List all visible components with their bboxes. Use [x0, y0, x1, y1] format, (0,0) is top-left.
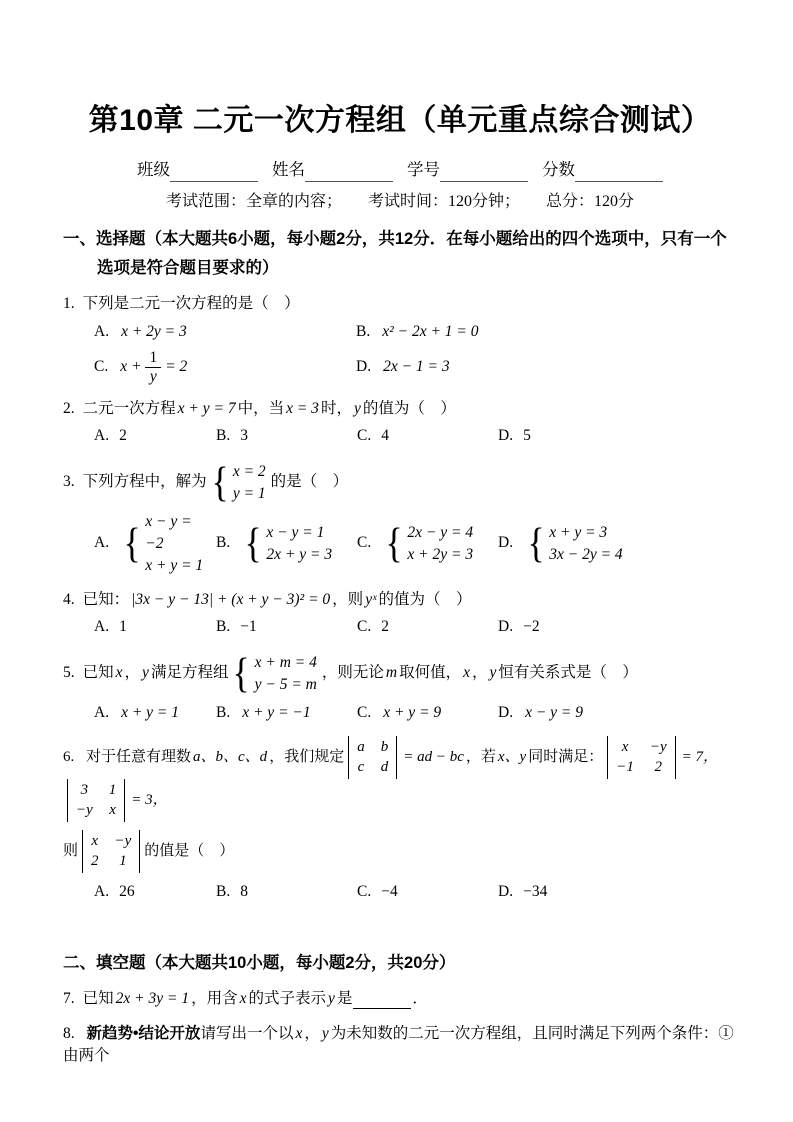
score-label: 分数	[542, 158, 575, 182]
q2-option-d: D. 5	[498, 425, 737, 447]
question-2-stem: 2. 二元一次方程x + y = 7中，当x = 3时，y的值为（ ）	[63, 398, 737, 420]
question-number: 8.	[63, 1025, 75, 1042]
question-3: 3. 下列方程中，解为 { x = 2 y = 1 的是（ ） A. {x − …	[63, 460, 737, 577]
question-1-stem: 1. 下列是二元一次方程的是（ ）	[63, 293, 737, 315]
equation-system: {x − y = 12x + y = 3	[243, 521, 334, 567]
option-label: C.	[94, 356, 108, 378]
option-value: −1	[240, 616, 257, 638]
option-label: B.	[216, 532, 230, 554]
option-label: C.	[357, 532, 371, 554]
question-text: 的是（ ）	[271, 471, 349, 493]
question-number: 4.	[63, 589, 75, 611]
question-8-stem: 8. 新趋势•结论开放请写出一个以x，y为未知数的二元一次方程组，且同时满足下列…	[63, 1023, 737, 1068]
option-expression: x − y = 9	[523, 702, 585, 724]
question-5-stem: 5. 已知x，y满足方程组 { x + m = 4 y − 5 = m ，则无论…	[63, 651, 737, 697]
name-blank	[305, 163, 393, 182]
question-text: 二元一次方程x + y = 7中，当x = 3时，y的值为（ ）	[83, 398, 456, 420]
question-6: 6. 对于任意有理数a、b、c、d，我们规定abcd= ad − bc，若x、y…	[63, 736, 737, 903]
q5-option-b: B. x + y = −1	[216, 702, 357, 724]
question-text: 下列是二元一次方程的是（ ）	[83, 293, 300, 315]
student-id-blank	[440, 163, 528, 182]
q6-option-a: A. 26	[94, 881, 216, 903]
option-value: 1	[119, 616, 127, 638]
student-id-field: 学号	[407, 158, 528, 182]
system-brace: {	[386, 521, 403, 567]
question-7-stem: 7. 已知2x + 3y = 1，用含x的式子表示y是 ．	[63, 988, 737, 1010]
option-label: A.	[94, 881, 109, 903]
option-label: C.	[357, 702, 371, 724]
question-1-options: A. x + 2y = 3 B. x² − 2x + 1 = 0 C. x + …	[94, 321, 737, 386]
option-label: A.	[94, 321, 109, 343]
option-expression: x + 2y = 3	[119, 321, 189, 343]
question-4-options: A. 1 B. −1 C. 2 D. −2	[94, 616, 737, 638]
option-value: 5	[523, 425, 531, 447]
question-2: 2. 二元一次方程x + y = 7中，当x = 3时，y的值为（ ） A. 2…	[63, 398, 737, 448]
name-label: 姓名	[272, 158, 305, 182]
question-text: ，则无论m取何值，x，y恒有关系式是（ ）	[322, 662, 638, 684]
q5-option-d: D. x − y = 9	[498, 702, 737, 724]
system-brace: {	[124, 521, 141, 567]
section2-heading: 二、填空题（本大题共10小题，每小题2分，共20分）	[63, 949, 737, 978]
option-expression: x + y = 1	[119, 702, 181, 724]
question-6-options: A. 26 B. 8 C. −4 D. −34	[94, 881, 737, 903]
q4-option-b: B. −1	[216, 616, 357, 638]
q5-option-c: C. x + y = 9	[357, 702, 498, 724]
q3-option-a: A. {x − y = −2x + y = 1	[94, 511, 216, 577]
page-title: 第10章 二元一次方程组（单元重点综合测试）	[63, 100, 737, 142]
equation-system: { x = 2 y = 1	[210, 460, 268, 506]
question-text: 已知：|3x − y − 13| + (x + y − 3)² = 0，则yˣ的…	[83, 589, 472, 611]
question-number: 5.	[63, 662, 75, 684]
option-label: D.	[356, 356, 371, 378]
q2-option-c: C. 4	[357, 425, 498, 447]
option-label: B.	[216, 616, 230, 638]
option-label: B.	[216, 425, 230, 447]
q2-option-b: B. 3	[216, 425, 357, 447]
option-value: −2	[523, 616, 540, 638]
question-text: 则	[63, 843, 78, 859]
option-value: 8	[240, 881, 248, 903]
q4-option-c: C. 2	[357, 616, 498, 638]
fraction: 1 y	[145, 349, 161, 386]
q1-option-b: B. x² − 2x + 1 = 0	[356, 321, 737, 343]
question-2-options: A. 2 B. 3 C. 4 D. 5	[94, 425, 737, 447]
option-value: 4	[381, 425, 389, 447]
section1-heading: 一、选择题（本大题共6小题，每小题2分，共12分．在每小题给出的四个选项中，只有…	[63, 225, 737, 283]
option-value: −4	[381, 881, 398, 903]
class-blank	[170, 163, 258, 182]
option-value: 2	[381, 616, 389, 638]
option-label: B.	[356, 321, 370, 343]
q6-option-d: D. −34	[498, 881, 737, 903]
question-number: 3.	[63, 471, 75, 493]
student-info-row: 班级 姓名 学号 分数	[63, 158, 737, 182]
option-label: B.	[216, 881, 230, 903]
question-7: 7. 已知2x + 3y = 1，用含x的式子表示y是 ．	[63, 988, 737, 1010]
question-5-options: A. x + y = 1 B. x + y = −1 C. x + y = 9 …	[94, 702, 737, 724]
question-text: 对于任意有理数a、b、c、d，我们规定	[86, 749, 344, 765]
q5-option-a: A. x + y = 1	[94, 702, 216, 724]
question-1: 1. 下列是二元一次方程的是（ ） A. x + 2y = 3 B. x² − …	[63, 293, 737, 386]
option-label: C.	[357, 616, 371, 638]
question-text: 下列方程中，解为	[83, 471, 207, 493]
class-field: 班级	[137, 158, 258, 182]
exam-paper-page: 第10章 二元一次方程组（单元重点综合测试） 班级 姓名 学号 分数 考试范围：…	[0, 0, 793, 1122]
question-text: = 7，	[680, 749, 720, 765]
option-expression: 2x − 1 = 3	[381, 356, 452, 378]
q3-option-c: C. {2x − y = 4x + 2y = 3	[357, 521, 498, 567]
determinant-1: x−y−12	[607, 736, 675, 779]
option-label: D.	[498, 532, 513, 554]
option-label: A.	[94, 702, 109, 724]
option-label: A.	[94, 532, 109, 554]
option-label: D.	[498, 702, 513, 724]
system-brace: {	[245, 521, 262, 567]
exam-time: 考试时间：120分钟；	[368, 190, 520, 213]
equation-system: { x + m = 4 y − 5 = m	[231, 651, 318, 697]
answer-blank	[353, 991, 411, 1009]
question-text: 的值是（ ）	[144, 843, 234, 859]
fraction-numerator: 1	[145, 349, 161, 368]
question-text: 已知x，y满足方程组	[83, 662, 229, 684]
question-6-stem-line2: 则x−y21的值是（ ）	[63, 830, 737, 873]
q2-option-a: A. 2	[94, 425, 216, 447]
question-number: 2.	[63, 398, 75, 420]
question-5: 5. 已知x，y满足方程组 { x + m = 4 y − 5 = m ，则无论…	[63, 651, 737, 724]
q6-option-b: B. 8	[216, 881, 357, 903]
option-value: 26	[119, 881, 135, 903]
q1-option-c: C. x + 1 y = 2	[94, 349, 356, 386]
option-label: D.	[498, 616, 513, 638]
question-3-stem: 3. 下列方程中，解为 { x = 2 y = 1 的是（ ）	[63, 460, 737, 506]
option-value: 2	[119, 425, 127, 447]
exam-scope: 考试范围：全章的内容；	[166, 190, 342, 213]
determinant-definition: abcd	[348, 736, 397, 779]
option-label: D.	[498, 881, 513, 903]
exam-info-row: 考试范围：全章的内容； 考试时间：120分钟； 总分：120分	[63, 190, 737, 213]
option-label: A.	[94, 616, 109, 638]
equation-system: {x − y = −2x + y = 1	[122, 511, 213, 577]
question-3-options: A. {x − y = −2x + y = 1 B. {x − y = 12x …	[94, 511, 737, 577]
option-label: D.	[498, 425, 513, 447]
exam-total: 总分：120分	[546, 190, 634, 213]
q3-option-d: D. {x + y = 33x − 2y = 4	[498, 521, 737, 567]
option-label: C.	[357, 881, 371, 903]
option-expression: x + 1 y = 2	[118, 349, 189, 386]
question-4: 4. 已知：|3x − y − 13| + (x + y − 3)² = 0，则…	[63, 589, 737, 639]
q3-option-b: B. {x − y = 12x + y = 3	[216, 521, 357, 567]
fraction-denominator: y	[145, 368, 161, 386]
option-expression: x + y = −1	[240, 702, 312, 724]
equation-system: {2x − y = 4x + 2y = 3	[384, 521, 475, 567]
question-number: 6.	[63, 749, 74, 765]
student-id-label: 学号	[407, 158, 440, 182]
option-value: 3	[240, 425, 248, 447]
option-expression: x + y = 9	[381, 702, 443, 724]
question-8: 8. 新趋势•结论开放请写出一个以x，y为未知数的二元一次方程组，且同时满足下列…	[63, 1023, 737, 1068]
system-brace: {	[528, 521, 545, 567]
score-field: 分数	[542, 158, 663, 182]
question-4-stem: 4. 已知：|3x − y − 13| + (x + y − 3)² = 0，则…	[63, 589, 737, 611]
determinant-2: 31−yx	[67, 779, 125, 822]
question-text: 新趋势•结论开放请写出一个以x，y为未知数的二元一次方程组，且同时满足下列两个条…	[63, 1025, 734, 1064]
question-number: 7.	[63, 988, 75, 1010]
question-text: = 3，	[129, 792, 169, 808]
question-text: 已知2x + 3y = 1，用含x的式子表示y是	[83, 988, 353, 1010]
q4-option-a: A. 1	[94, 616, 216, 638]
option-expression: x² − 2x + 1 = 0	[380, 321, 480, 343]
determinant-3: x−y21	[82, 830, 140, 873]
q1-option-a: A. x + 2y = 3	[94, 321, 356, 343]
option-label: A.	[94, 425, 109, 447]
question-text: = ad − bc，若x、y同时满足：	[401, 749, 603, 765]
question-text-tail: ．	[412, 988, 428, 1010]
q4-option-d: D. −2	[498, 616, 737, 638]
equation-system: {x + y = 33x − 2y = 4	[526, 521, 625, 567]
name-field: 姓名	[272, 158, 393, 182]
system-brace: {	[211, 460, 228, 506]
q1-option-d: D. 2x − 1 = 3	[356, 356, 737, 378]
class-label: 班级	[137, 158, 170, 182]
q6-option-c: C. −4	[357, 881, 498, 903]
section-gap	[63, 915, 737, 949]
option-value: −34	[523, 881, 547, 903]
system-brace: {	[233, 651, 250, 697]
score-blank	[575, 163, 663, 182]
question-6-stem-line1: 6. 对于任意有理数a、b、c、d，我们规定abcd= ad − bc，若x、y…	[63, 736, 737, 822]
option-label: C.	[357, 425, 371, 447]
question-number: 1.	[63, 293, 75, 315]
option-label: B.	[216, 702, 230, 724]
